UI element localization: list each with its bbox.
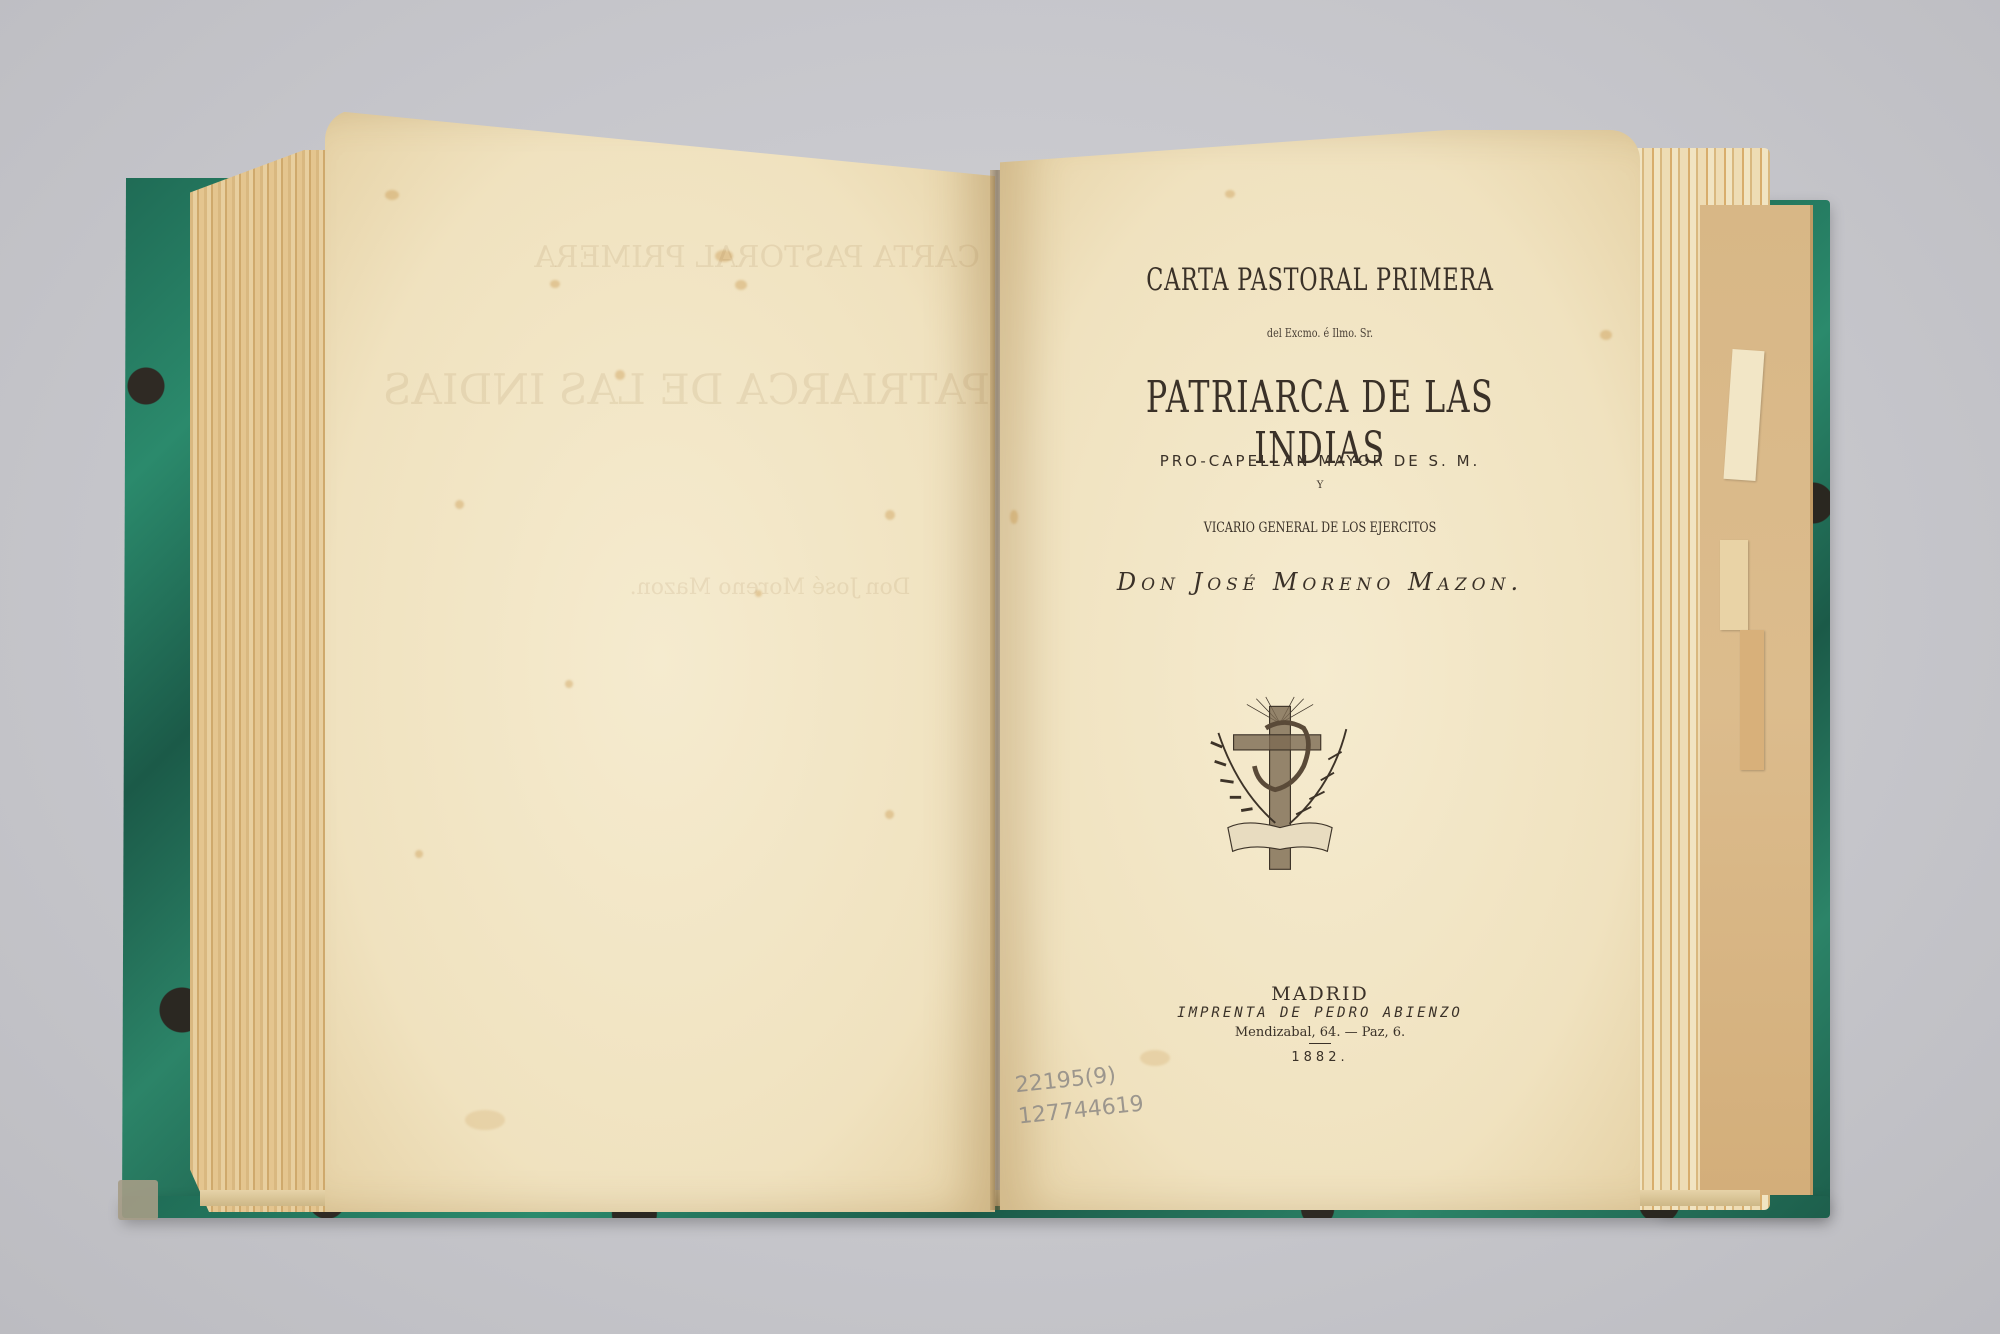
title-line-y: Y <box>1000 480 1640 491</box>
bleed-through-ghost: Don José Moreno Mazon. <box>560 575 980 600</box>
imprint-rule <box>1000 1043 1640 1044</box>
imprint-city: MADRID <box>1000 983 1640 1005</box>
paper-scrap <box>1720 540 1748 630</box>
imprint-address: Mendizabal, 64. — Paz, 6. <box>1000 1025 1640 1040</box>
title-line-pro-capellan: PRO-CAPELLAN MAYOR DE S. M. <box>1000 452 1640 470</box>
bleed-through-ghost: CARTA PASTORAL PRIMERA <box>560 240 980 275</box>
imprint-printer: IMPRENTA DE PEDRO ABIENZO <box>1000 1005 1640 1021</box>
spine-cloth-fray <box>118 1180 158 1220</box>
cross-with-wreath-and-palm-icon <box>1190 695 1370 875</box>
left-page-blank <box>325 110 995 1212</box>
imprint-year: 1882. <box>1000 1050 1640 1065</box>
paper-scrap <box>1740 630 1764 770</box>
title-line-carta-pastoral: CARTA PASTORAL PRIMERA <box>1000 262 1640 298</box>
title-line-author: Don José Moreno Mazon. <box>1000 568 1640 596</box>
title-line-excmo: del Excmo. é Ilmo. Sr. <box>1000 326 1640 340</box>
bleed-through-ghost: PATRIARCA DE LAS INDIAS <box>540 365 990 414</box>
title-line-vicario: VICARIO GENERAL DE LOS EJERCITOS <box>1000 520 1640 536</box>
book-photo: CARTA PASTORAL PRIMERA PATRIARCA DE LAS … <box>0 0 2000 1334</box>
